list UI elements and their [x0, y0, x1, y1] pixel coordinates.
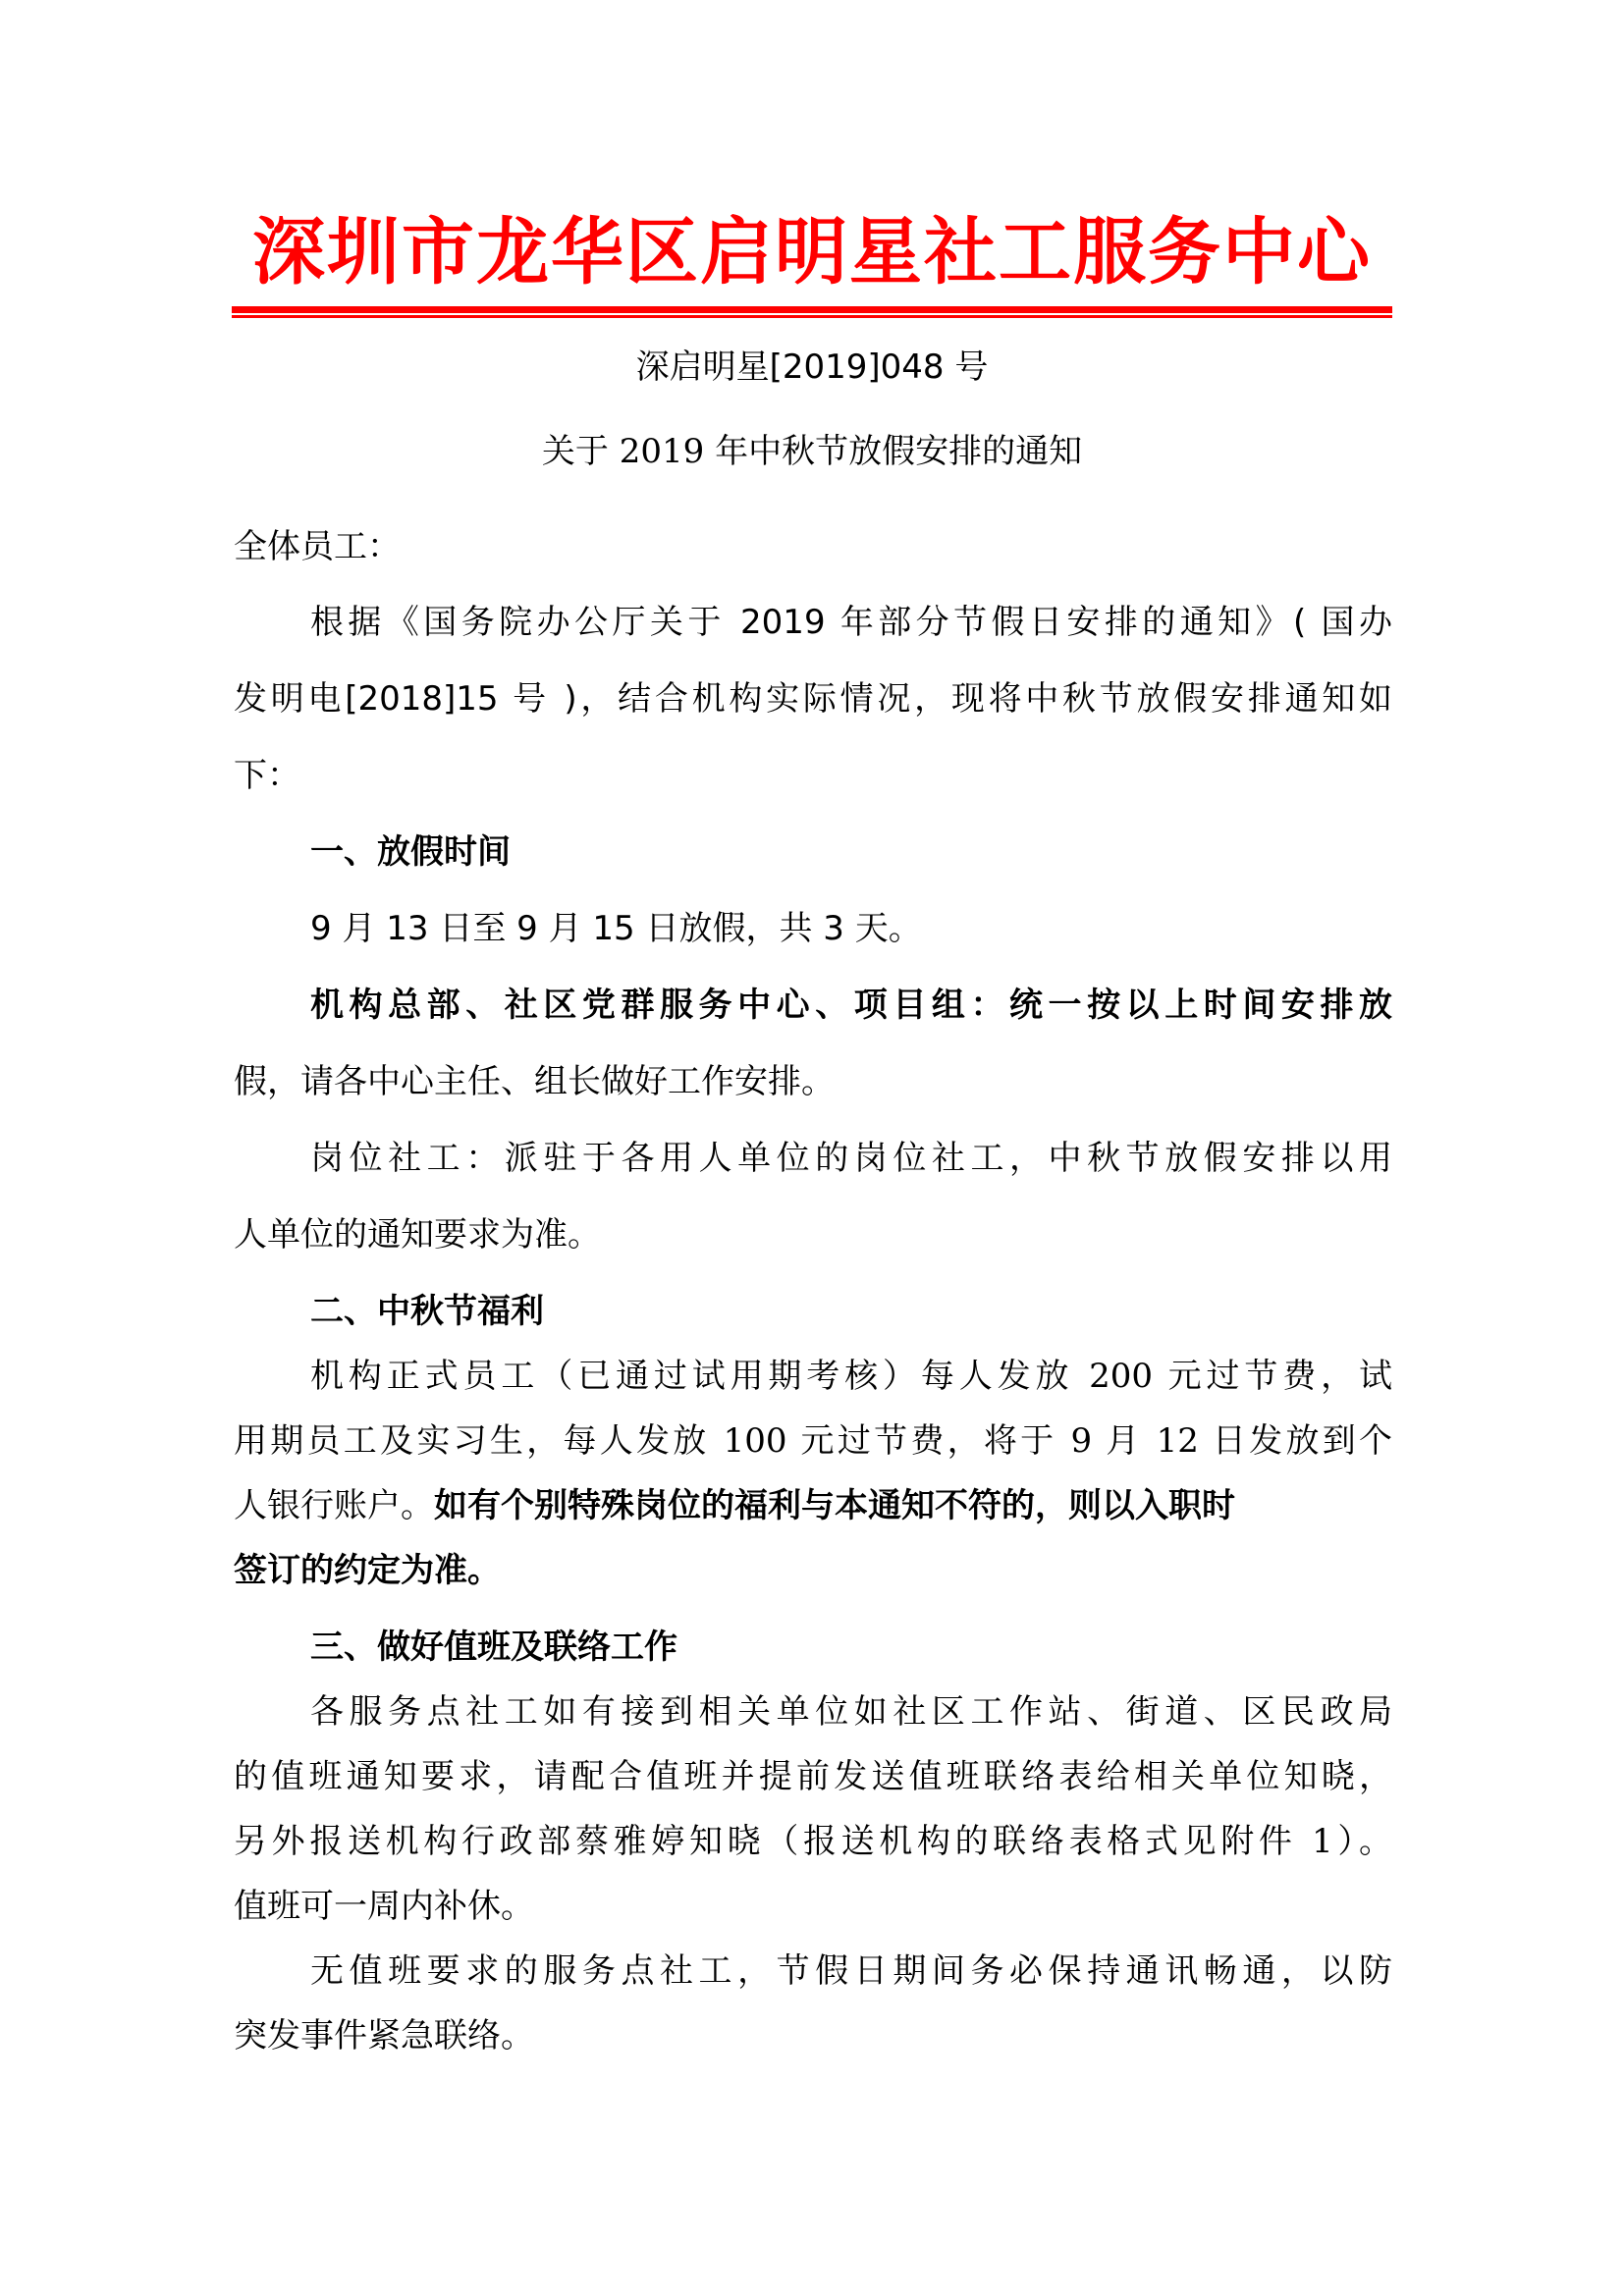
section-heading-2: 二、中秋节福利: [310, 1290, 1469, 1333]
letterhead-rule-thin: [232, 315, 1392, 318]
section-2-line-3a: 人银行账户。: [234, 1486, 434, 1525]
section-3-line-6: 突发事件紧急联络。: [234, 2014, 1392, 2057]
section-3-line-1: 各服务点社工如有接到相关单位如社区工作站、街道、区民政局: [310, 1690, 1392, 1734]
section-1-line-2: 机构总部、社区党群服务中心、项目组：统一按以上时间安排放: [310, 984, 1392, 1027]
letterhead-rule-thick: [232, 306, 1392, 313]
section-2-line-3-wrap: 人银行账户。如有个别特殊岗位的福利与本通知不符的，则以入职时: [234, 1484, 1392, 1527]
section-2-line-2: 用期员工及实习生，每人发放 100 元过节费，将于 9 月 12 日发放到个: [234, 1419, 1392, 1463]
intro-line-1: 根据《国务院办公厅关于 2019 年部分节假日安排的通知》( 国办: [310, 601, 1392, 644]
section-heading-1: 一、放假时间: [310, 830, 1469, 874]
section-1-line-1: 9 月 13 日至 9 月 15 日放假，共 3 天。: [310, 907, 1469, 950]
intro-line-2: 发明电[2018]15 号 )，结合机构实际情况，现将中秋节放假安排通知如: [234, 677, 1392, 721]
section-2-line-4: 签订的约定为准。: [234, 1549, 1392, 1592]
section-3-line-4: 值班可一周内补休。: [234, 1885, 1392, 1928]
section-1-line-5: 人单位的通知要求为准。: [234, 1213, 1392, 1256]
intro-line-3: 下：: [234, 754, 1392, 797]
section-3-line-2: 的值班通知要求，请配合值班并提前发送值班联络表给相关单位知晓，: [234, 1755, 1392, 1798]
section-2-line-3b: 如有个别特殊岗位的福利与本通知不符的，则以入职时: [434, 1486, 1235, 1525]
section-1-line-4: 岗位社工：派驻于各用人单位的岗位社工，中秋节放假安排以用: [310, 1137, 1392, 1180]
document-title: 关于 2019 年中秋节放假安排的通知: [0, 430, 1624, 473]
section-1-line-3: 假，请各中心主任、组长做好工作安排。: [234, 1060, 1392, 1103]
section-3-line-3: 另外报送机构行政部蔡雅婷知晓（报送机构的联络表格式见附件 1）。: [234, 1820, 1392, 1863]
section-2-line-1: 机构正式员工（已通过试用期考核）每人发放 200 元过节费，试: [310, 1355, 1392, 1398]
organization-letterhead-title: 深圳市龙华区启明星社工服务中心: [232, 208, 1392, 296]
document-number: 深启明星[2019]048 号: [0, 346, 1624, 389]
section-heading-3: 三、做好值班及联络工作: [310, 1626, 1469, 1669]
section-3-line-5: 无值班要求的服务点社工，节假日期间务必保持通讯畅通，以防: [310, 1949, 1392, 1993]
salutation: 全体员工：: [234, 525, 1392, 568]
